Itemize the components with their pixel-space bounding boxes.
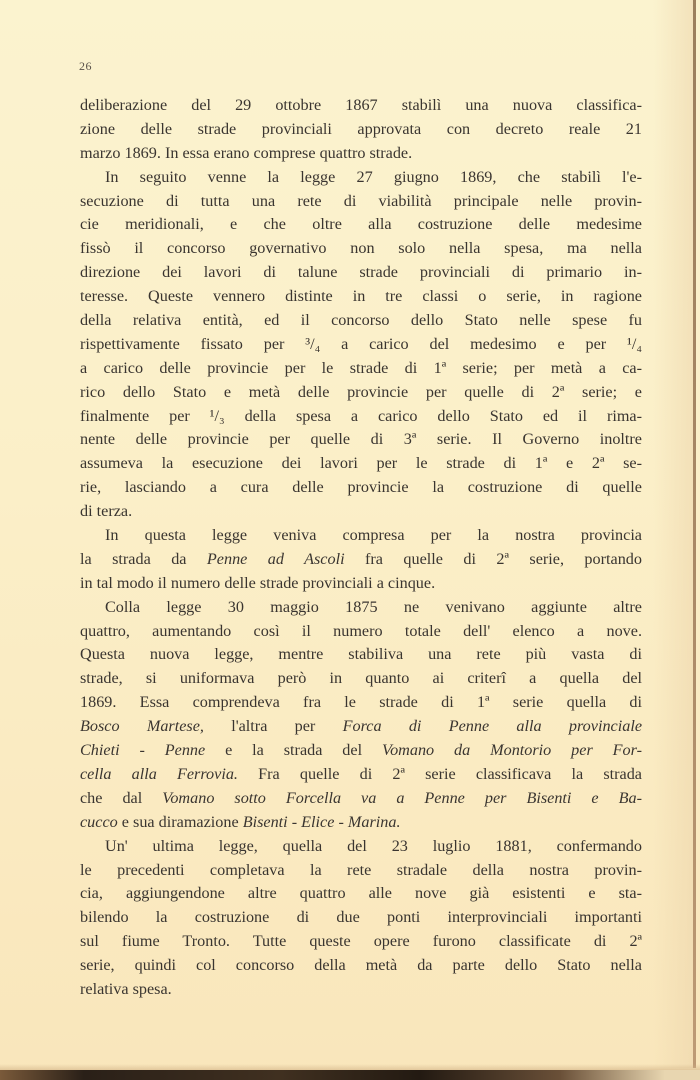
- text-run: zione delle strade provinciali approvata…: [80, 120, 642, 138]
- text-line: nente delle provincie per quelle di 3ª s…: [80, 428, 642, 452]
- text-line: zione delle strade provinciali approvata…: [80, 118, 642, 142]
- text-line: In questa legge veniva compresa per la n…: [80, 524, 642, 548]
- text-run: In seguito venne la legge 27 giugno 1869…: [105, 168, 642, 186]
- text-run: fra quelle di 2ª serie, portando: [345, 550, 642, 568]
- italic-text: Vomano da Montorio per For-: [382, 741, 642, 759]
- italic-text: Penne ad Ascoli: [207, 550, 345, 568]
- text-line: cella alla Ferrovia. Fra quelle di 2ª se…: [80, 763, 642, 787]
- paragraph: Colla legge 30 maggio 1875 ne venivano a…: [80, 596, 642, 835]
- text-run: Fra quelle di 2ª serie classificava la s…: [238, 765, 642, 783]
- text-line: fissò il concorso governativo non solo n…: [80, 237, 642, 261]
- text-line: che dal Vomano sotto Forcella va a Penne…: [80, 787, 642, 811]
- text-line: finalmente per ¹/₃ della spesa a carico …: [80, 405, 642, 429]
- italic-text: Chieti - Penne: [80, 741, 205, 759]
- page-right-edge: [693, 0, 696, 1068]
- text-run: marzo 1869. In essa erano comprese quatt…: [80, 144, 412, 162]
- text-run: Questa nuova legge, mentre stabiliva una…: [80, 645, 642, 663]
- text-run: e la strada del: [205, 741, 382, 759]
- text-line: relativa spesa.: [80, 978, 642, 1002]
- text-run: In questa legge veniva compresa per la n…: [105, 526, 642, 544]
- text-run: strade, si uniformava però in quanto ai …: [80, 669, 642, 687]
- text-line: della relativa entità, ed il concorso de…: [80, 309, 642, 333]
- italic-text: Vomano sotto Forcella va a Penne per Bis…: [162, 789, 642, 807]
- text-run: assumeva la esecuzione dei lavori per le…: [80, 454, 642, 472]
- text-run: sul fiume Tronto. Tutte queste opere fur…: [80, 932, 642, 950]
- text-run: teresse. Queste vennero distinte in tre …: [80, 287, 642, 305]
- text-run: cia, aggiungendone altre quattro alle no…: [80, 884, 642, 902]
- text-run: relativa spesa.: [80, 980, 172, 998]
- text-run: rico dello Stato e metà delle provincie …: [80, 383, 642, 401]
- text-line: Bosco Martese, l'altra per Forca di Penn…: [80, 715, 642, 739]
- paragraph: In seguito venne la legge 27 giugno 1869…: [80, 166, 642, 524]
- text-line: Chieti - Penne e la strada del Vomano da…: [80, 739, 642, 763]
- text-run: fissò il concorso governativo non solo n…: [80, 239, 642, 257]
- paragraph: In questa legge veniva compresa per la n…: [80, 524, 642, 596]
- text-line: cia, aggiungendone altre quattro alle no…: [80, 882, 642, 906]
- text-run: deliberazione del 29 ottobre 1867 stabil…: [80, 96, 642, 114]
- text-line: teresse. Queste vennero distinte in tre …: [80, 285, 642, 309]
- page-edge-shade: [653, 0, 693, 1068]
- italic-text: cella alla Ferrovia.: [80, 765, 238, 783]
- italic-text: Bosco Martese,: [80, 717, 204, 735]
- italic-text: Bisenti - Elice - Marina.: [243, 813, 401, 831]
- body-text: deliberazione del 29 ottobre 1867 stabil…: [80, 94, 642, 1002]
- text-run: le precedenti completava la rete stradal…: [80, 861, 642, 879]
- text-run: nente delle provincie per quelle di 3ª s…: [80, 430, 642, 448]
- text-line: deliberazione del 29 ottobre 1867 stabil…: [80, 94, 642, 118]
- text-run: a carico delle provincie per le strade d…: [80, 359, 642, 377]
- text-line: cucco e sua diramazione Bisenti - Elice …: [80, 811, 642, 835]
- text-line: 1869. Essa comprendeva fra le strade di …: [80, 691, 642, 715]
- text-run: 1869. Essa comprendeva fra le strade di …: [80, 693, 642, 711]
- text-line: in tal modo il numero delle strade provi…: [80, 572, 642, 596]
- text-line: quattro, aumentando così il numero total…: [80, 620, 642, 644]
- text-line: bilendo la costruzione di due ponti inte…: [80, 906, 642, 930]
- text-run: in tal modo il numero delle strade provi…: [80, 574, 435, 592]
- text-run: di terza.: [80, 502, 132, 520]
- text-run: bilendo la costruzione di due ponti inte…: [80, 908, 642, 926]
- italic-text: cucco: [80, 813, 118, 831]
- page-number: 26: [79, 59, 92, 74]
- text-run: quattro, aumentando così il numero total…: [80, 622, 642, 640]
- italic-text: Forca di Penne alla provinciale: [343, 717, 642, 735]
- text-line: serie, quindi col concorso della metà da…: [80, 954, 642, 978]
- text-run: serie, quindi col concorso della metà da…: [80, 956, 642, 974]
- text-line: Colla legge 30 maggio 1875 ne venivano a…: [80, 596, 642, 620]
- text-line: rie, lasciando a cura delle provincie la…: [80, 476, 642, 500]
- text-run: e sua diramazione: [118, 813, 243, 831]
- text-line: assumeva la esecuzione dei lavori per le…: [80, 452, 642, 476]
- text-line: sul fiume Tronto. Tutte queste opere fur…: [80, 930, 642, 954]
- page-bottom-edge: [0, 1070, 700, 1080]
- text-run: cie meridionali, e che oltre alla costru…: [80, 215, 642, 233]
- text-line: direzione dei lavori di talune strade pr…: [80, 261, 642, 285]
- text-line: le precedenti completava la rete stradal…: [80, 859, 642, 883]
- text-line: a carico delle provincie per le strade d…: [80, 357, 642, 381]
- text-run: che dal: [80, 789, 162, 807]
- text-line: rispettivamente fissato per ³/₄ a carico…: [80, 333, 642, 357]
- book-page: 26 deliberazione del 29 ottobre 1867 sta…: [0, 0, 700, 1080]
- text-run: direzione dei lavori di talune strade pr…: [80, 263, 642, 281]
- text-line: marzo 1869. In essa erano comprese quatt…: [80, 142, 642, 166]
- text-line: la strada da Penne ad Ascoli fra quelle …: [80, 548, 642, 572]
- text-run: la strada da: [80, 550, 207, 568]
- text-run: Colla legge 30 maggio 1875 ne venivano a…: [105, 598, 642, 616]
- paragraph: deliberazione del 29 ottobre 1867 stabil…: [80, 94, 642, 166]
- text-line: secuzione di tutta una rete di viabilità…: [80, 190, 642, 214]
- text-line: di terza.: [80, 500, 642, 524]
- text-line: Un' ultima legge, quella del 23 luglio 1…: [80, 835, 642, 859]
- text-line: In seguito venne la legge 27 giugno 1869…: [80, 166, 642, 190]
- text-line: Questa nuova legge, mentre stabiliva una…: [80, 643, 642, 667]
- text-run: rie, lasciando a cura delle provincie la…: [80, 478, 642, 496]
- text-line: strade, si uniformava però in quanto ai …: [80, 667, 642, 691]
- text-run: l'altra per: [204, 717, 343, 735]
- paragraph: Un' ultima legge, quella del 23 luglio 1…: [80, 835, 642, 1002]
- text-run: della relativa entità, ed il concorso de…: [80, 311, 642, 329]
- text-run: Un' ultima legge, quella del 23 luglio 1…: [105, 837, 642, 855]
- text-line: rico dello Stato e metà delle provincie …: [80, 381, 642, 405]
- text-run: secuzione di tutta una rete di viabilità…: [80, 192, 642, 210]
- text-line: cie meridionali, e che oltre alla costru…: [80, 213, 642, 237]
- text-run: finalmente per ¹/₃ della spesa a carico …: [80, 407, 642, 425]
- text-run: rispettivamente fissato per ³/₄ a carico…: [80, 335, 642, 353]
